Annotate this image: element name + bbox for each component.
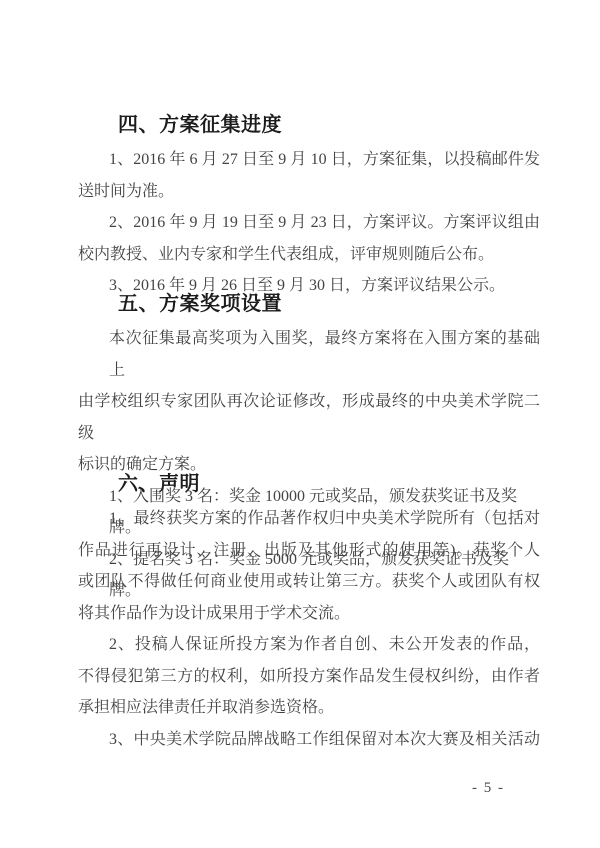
document-line: 2、2016 年 9 月 19 日至 9 月 23 日，方案评议。方案评议组由 xyxy=(78,207,540,239)
document-line: 由学校组织专家团队再次论证修改，形成最终的中央美术学院二级 xyxy=(78,386,540,449)
document-line: 2、投稿人保证所投方案为作者自创、未公开发表的作品， xyxy=(78,629,540,661)
section-heading: 六、声明 xyxy=(78,469,540,499)
document-page: 四、方案征集进度1、2016 年 6 月 27 日至 9 月 10 日，方案征集… xyxy=(0,0,600,848)
document-section: 六、声明1、最终获奖方案的作品著作权归中央美术学院所有（包括对作品进行再设计、注… xyxy=(78,469,540,755)
section-heading: 四、方案征集进度 xyxy=(78,110,540,140)
document-line: 本次征集最高奖项为入围奖，最终方案将在入围方案的基础上 xyxy=(78,323,540,386)
section-heading: 五、方案奖项设置 xyxy=(78,289,540,319)
document-section: 四、方案征集进度1、2016 年 6 月 27 日至 9 月 10 日，方案征集… xyxy=(78,110,540,302)
document-content: 四、方案征集进度1、2016 年 6 月 27 日至 9 月 10 日，方案征集… xyxy=(78,0,540,848)
document-line: 送时间为准。 xyxy=(78,176,540,208)
page-number: - 5 - xyxy=(472,779,505,797)
document-line: 承担相应法律责任并取消参选资格。 xyxy=(78,692,540,724)
document-line: 或团队不得做任何商业使用或转让第三方。获奖个人或团队有权 xyxy=(78,566,540,598)
document-line: 将其作品作为设计成果用于学术交流。 xyxy=(78,598,540,630)
document-line: 3、中央美术学院品牌战略工作组保留对本次大赛及相关活动 xyxy=(78,724,540,756)
document-line: 1、2016 年 6 月 27 日至 9 月 10 日，方案征集，以投稿邮件发 xyxy=(78,144,540,176)
document-line: 不得侵犯第三方的权利，如所投方案作品发生侵权纠纷，由作者 xyxy=(78,661,540,693)
document-line: 1、最终获奖方案的作品著作权归中央美术学院所有（包括对 xyxy=(78,503,540,535)
document-line: 校内教授、业内专家和学生代表组成，评审规则随后公布。 xyxy=(78,239,540,271)
document-line: 作品进行再设计、注册、出版及其他形式的使用等)。获奖个人 xyxy=(78,535,540,567)
